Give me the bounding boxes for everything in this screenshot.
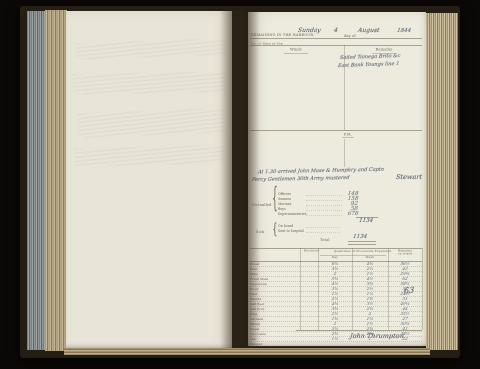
mid-section-label: P.M. xyxy=(341,132,354,136)
left-page xyxy=(66,11,232,348)
day-subcolumn-header: Day xyxy=(326,256,345,259)
left-page-edges-blue xyxy=(27,11,47,350)
provision-label: Wine xyxy=(250,272,258,276)
handwritten-remark-line2: East Bank Youngs line 1 xyxy=(338,61,400,69)
received-column-header: Received xyxy=(304,250,314,253)
bleedthrough-streak xyxy=(76,38,226,59)
header-rule xyxy=(250,38,422,39)
provision-label: Wheat xyxy=(250,322,260,326)
right-page-log-form: REMAINING IN THE HARBOUR, Sunday 4 day o… xyxy=(248,12,426,346)
provision-label: Suet xyxy=(250,292,257,296)
bleedthrough-streak xyxy=(78,108,225,138)
provision-label: Raisins xyxy=(250,297,261,301)
mid-rule xyxy=(250,130,422,131)
note-signature: Stewart xyxy=(395,173,422,181)
muster-rows: Officers148Seamen158Marines92Boys58Super… xyxy=(278,191,358,217)
provision-label: Peas xyxy=(250,312,257,316)
photo-backdrop: REMAINING IN THE HARBOUR, Sunday 4 day o… xyxy=(0,0,480,369)
handwritten-day-number: 4 xyxy=(334,27,339,34)
muster-row: Supernumeraries678 xyxy=(278,212,358,217)
provision-label: Rum xyxy=(250,267,257,271)
muster-subtotal: 1134 xyxy=(359,218,374,224)
header-rule-2 xyxy=(250,45,422,46)
provision-label: Salt Beef xyxy=(250,302,264,306)
victualled-group-label: Victualled xyxy=(252,203,272,207)
total-value: 1134 xyxy=(353,234,368,240)
sick-row: Sent to hospital xyxy=(278,228,342,233)
bottom-page-edges xyxy=(64,348,430,355)
provision-value: 1¼ xyxy=(331,337,338,342)
provisions-top-rule xyxy=(250,248,422,249)
mid-label-underline xyxy=(342,137,354,138)
ledger-book: REMAINING IN THE HARBOUR, Sunday 4 day o… xyxy=(20,6,460,358)
sick-group-label: Sick xyxy=(256,230,264,234)
week-subcolumn-header: Week xyxy=(360,256,380,259)
page-signature: John Thrumpton xyxy=(349,332,404,340)
margin-note: 63 xyxy=(404,285,415,295)
provision-label: Vinegar xyxy=(250,342,262,346)
handwritten-year: 1844 xyxy=(397,28,412,34)
victualled-brace: { xyxy=(272,186,278,217)
expended-group-header: Quantities of Provisions Expended xyxy=(334,250,373,253)
provision-label: Sugar xyxy=(250,327,259,331)
provision-label: Chocolate xyxy=(250,332,266,336)
provisions-bottom-rule xyxy=(296,330,422,331)
bleedthrough-streak xyxy=(72,72,226,95)
provision-label: Tea xyxy=(250,337,256,341)
handwritten-note-line1: At 1.30 arrived John Mase & Humphry and … xyxy=(257,167,384,176)
provision-label: Vegetables xyxy=(250,282,267,286)
total-label: Total xyxy=(320,238,330,242)
total-double-rule xyxy=(348,241,376,245)
provision-label: Flour xyxy=(250,287,258,291)
bleedthrough-streak xyxy=(74,145,224,167)
provision-label: Salt Pork xyxy=(250,307,264,311)
provisions-col-line xyxy=(422,248,423,330)
sick-rows: On boardSent to hospital xyxy=(278,223,342,233)
handwritten-day-name: Sunday xyxy=(298,27,322,34)
winds-column-header: Winds xyxy=(281,47,312,51)
winds-header-underline xyxy=(284,53,308,54)
provisions-row: Vinegar xyxy=(250,342,422,347)
left-page-edges-tan xyxy=(45,10,67,351)
handwritten-remark-line1: Sailed Tamega Brito &c xyxy=(340,53,401,61)
column-divider-lower xyxy=(344,139,345,167)
provision-label: Oatmeal xyxy=(250,317,263,321)
provision-label: Fresh Meat xyxy=(250,277,268,281)
provision-label: Bread xyxy=(250,262,259,266)
handwritten-note-line2: Percy Gentlemen 30th Army mustered xyxy=(252,175,350,183)
remarks-column-header: Remarks xyxy=(366,47,401,51)
remains-column-header: Remains on board xyxy=(396,250,415,256)
right-page-edges xyxy=(426,13,458,350)
handwritten-month: August xyxy=(358,27,380,34)
sick-brace: { xyxy=(272,222,278,239)
